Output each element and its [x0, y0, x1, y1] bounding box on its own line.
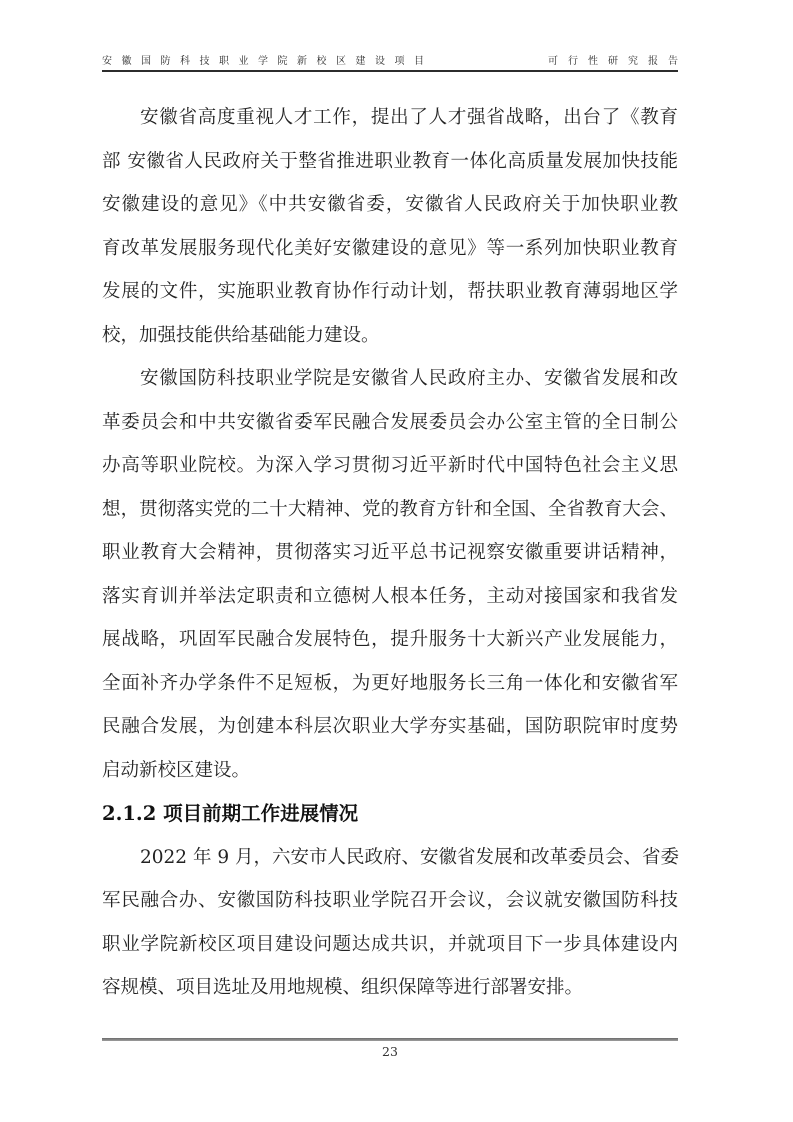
paragraph-line: 容规模、项目选址及用地规模、组织保障等进行部署安排。	[102, 966, 678, 1010]
page-number: 23	[102, 1044, 678, 1059]
paragraph-line: 育改革发展服务现代化美好安徽建设的意见》等一系列加快职业教育	[102, 227, 678, 271]
paragraph-line: 军民融合办、安徽国防科技职业学院召开会议，会议就安徽国防科技	[102, 879, 678, 923]
document-body: 安徽省高度重视人才工作，提出了人才强省战略，出台了《教育部 安徽省人民政府关于整…	[102, 96, 678, 1010]
header-rule	[102, 70, 678, 72]
section-heading: 2.1.2 项目前期工作进展情况	[102, 792, 678, 836]
paragraph-line: 民融合发展，为创建本科层次职业大学夯实基础，国防职院审时度势	[102, 705, 678, 749]
header-right-title: 可行性研究报告	[548, 52, 688, 67]
paragraph-line: 发展的文件，实施职业教育协作行动计划，帮扶职业教育薄弱地区学	[102, 270, 678, 314]
paragraph-line: 安徽建设的意见》《中共安徽省委，安徽省人民政府关于加快职业教	[102, 183, 678, 227]
paragraph-line: 启动新校区建设。	[102, 749, 678, 793]
paragraph-line: 全面补齐办学条件不足短板，为更好地服务长三角一体化和安徽省军	[102, 662, 678, 706]
paragraph-line: 职业学院新校区项目建设问题达成共识，并就项目下一步具体建设内	[102, 923, 678, 967]
paragraph-line: 办高等职业院校。为深入学习贯彻习近平新时代中国特色社会主义思	[102, 444, 678, 488]
paragraph-line: 校，加强技能供给基础能力建设。	[102, 314, 678, 358]
header-left-title: 安徽国防科技职业学院新校区建设项目	[102, 52, 434, 67]
footer-rule	[102, 1038, 678, 1041]
paragraph-line: 落实育训并举法定职责和立德树人根本任务，主动对接国家和我省发	[102, 575, 678, 619]
paragraph-line: 展战略，巩固军民融合发展特色，提升服务十大新兴产业发展能力，	[102, 618, 678, 662]
page-header: 安徽国防科技职业学院新校区建设项目 可行性研究报告	[102, 52, 678, 67]
paragraph-line: 安徽国防科技职业学院是安徽省人民政府主办、安徽省发展和改	[102, 357, 678, 401]
paragraph-line: 革委员会和中共安徽省委军民融合发展委员会办公室主管的全日制公	[102, 401, 678, 445]
paragraph-line: 2022 年 9 月，六安市人民政府、安徽省发展和改革委员会、省委	[102, 836, 678, 880]
paragraph-line: 想，贯彻落实党的二十大精神、党的教育方针和全国、全省教育大会、	[102, 488, 678, 532]
document-page: 安徽国防科技职业学院新校区建设项目 可行性研究报告 安徽省高度重视人才工作，提出…	[0, 0, 793, 1122]
paragraph-line: 安徽省高度重视人才工作，提出了人才强省战略，出台了《教育	[102, 96, 678, 140]
paragraph-line: 部 安徽省人民政府关于整省推进职业教育一体化高质量发展加快技能	[102, 140, 678, 184]
paragraph-line: 职业教育大会精神，贯彻落实习近平总书记视察安徽重要讲话精神，	[102, 531, 678, 575]
